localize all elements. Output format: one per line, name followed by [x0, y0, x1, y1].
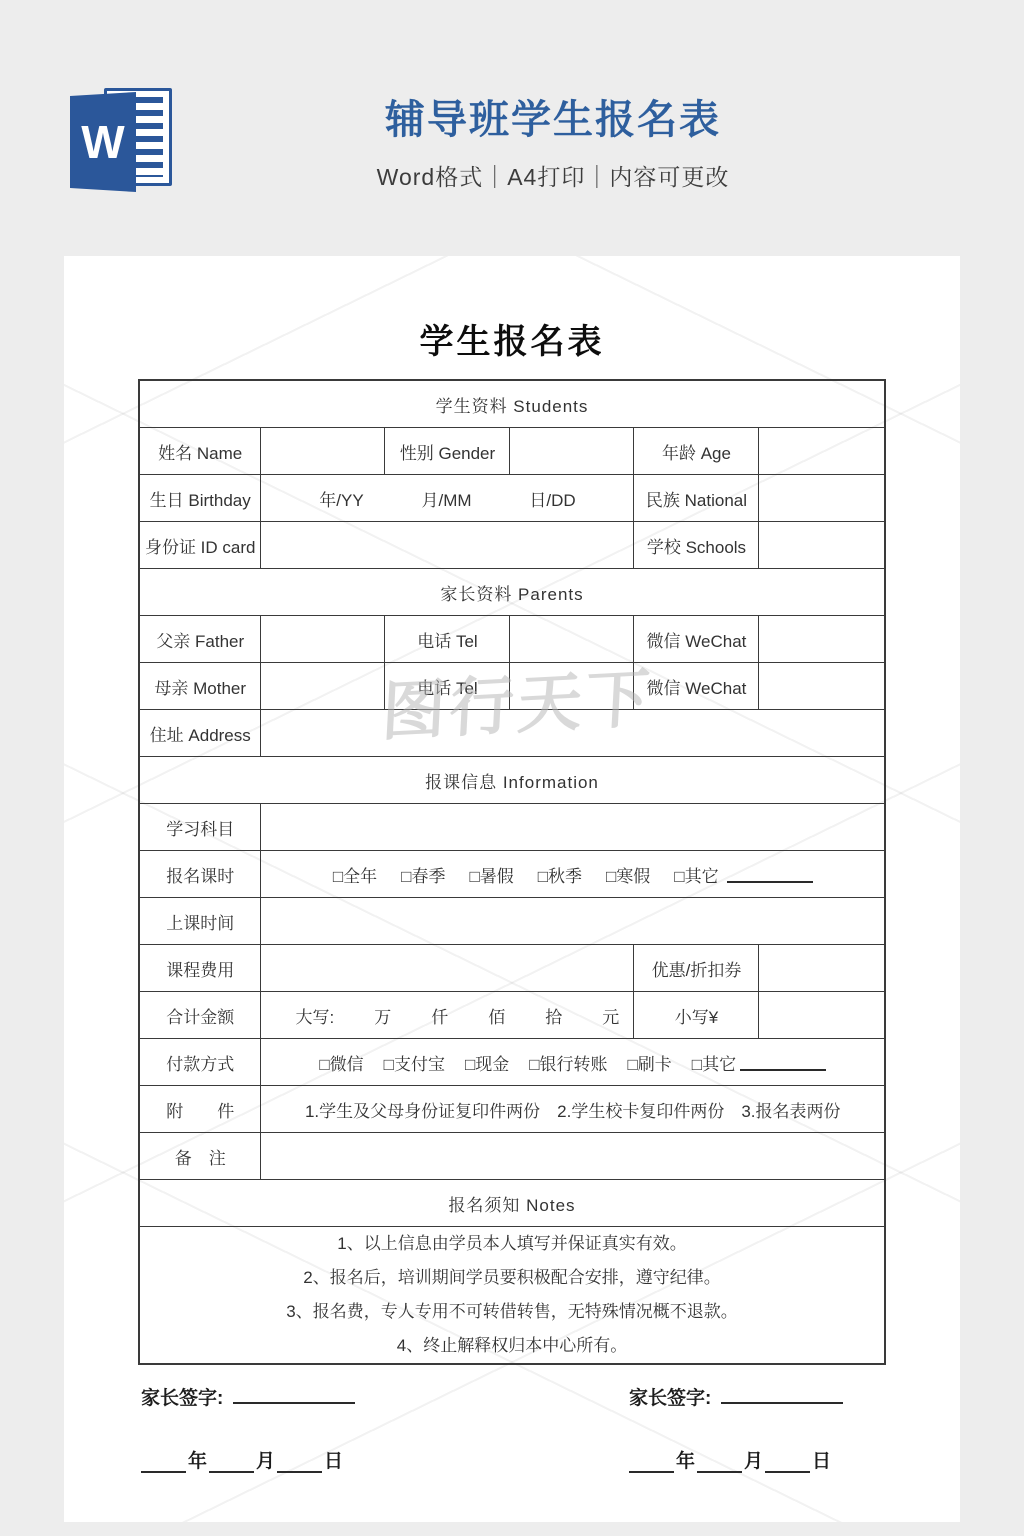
students-section-header: 学生资料 Students — [139, 380, 885, 428]
day-label-right: 日 — [812, 1446, 831, 1473]
father-label: 父亲 Father — [139, 616, 261, 663]
gender-label: 性别 Gender — [385, 428, 510, 475]
father-input-cell[interactable] — [261, 616, 385, 663]
payment-checkbox-bank[interactable]: □银行转账 — [529, 1050, 607, 1075]
date-line-right: 年月日 — [629, 1446, 843, 1473]
section-row-students: 学生资料 Students — [139, 380, 885, 428]
address-label: 住址 Address — [139, 710, 261, 757]
payment-label: 付款方式 — [139, 1039, 261, 1086]
age-input-cell[interactable] — [759, 428, 885, 475]
amount-unit-shi: 拾 — [545, 1003, 562, 1028]
subjects-input-cell[interactable] — [261, 804, 885, 851]
month-label-left: 月 — [256, 1446, 275, 1473]
year-blank-right[interactable] — [629, 1456, 674, 1473]
row-total-amount: 合计金额 大写: 万 仟 佰 拾 元 小写¥ — [139, 992, 885, 1039]
parents-section-header: 家长资料 Parents — [139, 569, 885, 616]
month-label-right: 月 — [744, 1446, 763, 1473]
payment-checkbox-alipay[interactable]: □支付宝 — [384, 1050, 445, 1075]
amount-unit-yuan: 元 — [602, 1003, 619, 1028]
national-label: 民族 National — [634, 475, 759, 522]
payment-checkbox-wechat[interactable]: □微信 — [319, 1050, 363, 1075]
father-wechat-input-cell[interactable] — [759, 616, 885, 663]
month-blank-left[interactable] — [209, 1456, 254, 1473]
signature-block-left: 家长签字: 年月日 — [141, 1383, 355, 1473]
info-section-header: 报课信息 Information — [139, 757, 885, 804]
signature-label-right: 家长签字: — [629, 1388, 711, 1409]
amount-prefix-label: 大写: — [295, 1003, 334, 1028]
row-name-gender-age: 姓名 Name 性别 Gender 年龄 Age — [139, 428, 885, 475]
birth-month-label: 月/MM — [422, 486, 472, 511]
name-label: 姓名 Name — [139, 428, 261, 475]
notes-body: 1、以上信息由学员本人填写并保证真实有效。 2、报名后，培训期间学员要积极配合安… — [139, 1227, 885, 1365]
month-blank-right[interactable] — [697, 1456, 742, 1473]
period-other-blank-line[interactable] — [727, 866, 813, 883]
row-birthday-national: 生日 Birthday 年/YY 月/MM 日/DD 民族 National — [139, 475, 885, 522]
word-logo-letter: W — [70, 92, 136, 192]
note-item-1: 1、以上信息由学员本人填写并保证真实有效。 — [140, 1227, 884, 1261]
amount-unit-qian: 仟 — [431, 1003, 448, 1028]
total-label: 合计金额 — [139, 992, 261, 1039]
class-time-label: 上课时间 — [139, 898, 261, 945]
date-line-left: 年月日 — [141, 1446, 355, 1473]
banner-text: 辅导班学生报名表 Word格式｜A4打印｜内容可更改 — [186, 86, 960, 192]
section-row-info: 报课信息 Information — [139, 757, 885, 804]
period-options: □全年 □春季 □暑假 □秋季 □寒假 □其它 — [261, 862, 884, 887]
row-idcard-school: 身份证 ID card 学校 Schools — [139, 522, 885, 569]
amount-small-input-cell[interactable] — [759, 992, 885, 1039]
payment-checkbox-other[interactable]: □其它 — [692, 1050, 736, 1075]
discount-input-cell[interactable] — [759, 945, 885, 992]
signature-label-left: 家长签字: — [141, 1388, 223, 1409]
birthday-label: 生日 Birthday — [139, 475, 261, 522]
school-input-cell[interactable] — [759, 522, 885, 569]
period-checkbox-fullyear[interactable]: □全年 — [333, 862, 377, 887]
idcard-label: 身份证 ID card — [139, 522, 261, 569]
father-tel-label: 电话 Tel — [385, 616, 510, 663]
row-class-time: 上课时间 — [139, 898, 885, 945]
payment-options-cell: □微信 □支付宝 □现金 □银行转账 □刷卡 □其它 — [261, 1039, 885, 1086]
row-fee: 课程费用 优惠/折扣券 — [139, 945, 885, 992]
mother-wechat-input-cell[interactable] — [759, 663, 885, 710]
note-item-2: 2、报名后，培训期间学员要积极配合安排，遵守纪律。 — [140, 1261, 884, 1295]
mother-tel-input-cell[interactable] — [510, 663, 634, 710]
period-checkbox-other[interactable]: □其它 — [674, 862, 718, 887]
banner-subtitle: Word格式｜A4打印｜内容可更改 — [186, 159, 920, 192]
period-checkbox-winter[interactable]: □寒假 — [606, 862, 650, 887]
mother-tel-label: 电话 Tel — [385, 663, 510, 710]
national-input-cell[interactable] — [759, 475, 885, 522]
page-background: { "header": { "logo": { "letter": "W" },… — [0, 0, 1024, 1536]
remark-input-cell[interactable] — [261, 1133, 885, 1180]
school-label: 学校 Schools — [634, 522, 759, 569]
payment-other-blank-line[interactable] — [740, 1054, 826, 1071]
day-label-left: 日 — [324, 1446, 343, 1473]
registration-form-table: 学生资料 Students 姓名 Name 性别 Gender 年龄 Age 生… — [138, 379, 886, 1365]
birthday-input-cell[interactable]: 年/YY 月/MM 日/DD — [261, 475, 634, 522]
section-row-parents: 家长资料 Parents — [139, 569, 885, 616]
row-mother: 母亲 Mother 电话 Tel 微信 WeChat — [139, 663, 885, 710]
row-attachment: 附 件 1.学生及父母身份证复印件两份 2.学生校卡复印件两份 3.报名表两份 — [139, 1086, 885, 1133]
birth-day-label: 日/DD — [529, 486, 575, 511]
birth-year-label: 年/YY — [319, 486, 363, 511]
father-tel-input-cell[interactable] — [510, 616, 634, 663]
banner-title: 辅导班学生报名表 — [186, 88, 920, 145]
attachment-label: 附 件 — [139, 1086, 261, 1133]
signature-block-right: 家长签字: 年月日 — [629, 1383, 843, 1473]
gender-input-cell[interactable] — [510, 428, 634, 475]
age-label: 年龄 Age — [634, 428, 759, 475]
signature-line-right: 家长签字: — [629, 1383, 843, 1410]
signature-area: 家长签字: 年月日 家长签字: 年月日 — [139, 1383, 885, 1503]
amount-unit-bai: 佰 — [488, 1003, 505, 1028]
signature-blank-line-right[interactable] — [721, 1387, 843, 1404]
fee-input-cell[interactable] — [261, 945, 634, 992]
row-notes-body: 1、以上信息由学员本人填写并保证真实有效。 2、报名后，培训期间学员要积极配合安… — [139, 1227, 885, 1365]
amount-words-cell[interactable]: 大写: 万 仟 佰 拾 元 — [261, 992, 634, 1039]
signature-blank-line-left[interactable] — [233, 1387, 355, 1404]
year-blank-left[interactable] — [141, 1456, 186, 1473]
discount-label: 优惠/折扣券 — [634, 945, 759, 992]
day-blank-left[interactable] — [277, 1456, 322, 1473]
remark-label: 备 注 — [139, 1133, 261, 1180]
mother-wechat-label: 微信 WeChat — [634, 663, 759, 710]
banner: W 辅导班学生报名表 Word格式｜A4打印｜内容可更改 — [64, 86, 960, 202]
father-wechat-label: 微信 WeChat — [634, 616, 759, 663]
year-label-left: 年 — [188, 1446, 207, 1473]
form-title: 学生报名表 — [64, 314, 960, 363]
period-checkbox-autumn[interactable]: □秋季 — [538, 862, 582, 887]
period-checkbox-spring[interactable]: □春季 — [401, 862, 445, 887]
period-label: 报名课时 — [139, 851, 261, 898]
class-time-input-cell[interactable] — [261, 898, 885, 945]
notes-section-header: 报名须知 Notes — [139, 1180, 885, 1227]
row-payment: 付款方式 □微信 □支付宝 □现金 □银行转账 □刷卡 □其它 — [139, 1039, 885, 1086]
note-item-4: 4、终止解释权归本中心所有。 — [140, 1329, 884, 1363]
row-remark: 备 注 — [139, 1133, 885, 1180]
payment-checkbox-cash[interactable]: □现金 — [465, 1050, 509, 1075]
section-row-notes: 报名须知 Notes — [139, 1180, 885, 1227]
fee-label: 课程费用 — [139, 945, 261, 992]
row-father: 父亲 Father 电话 Tel 微信 WeChat — [139, 616, 885, 663]
mother-label: 母亲 Mother — [139, 663, 261, 710]
period-options-cell: □全年 □春季 □暑假 □秋季 □寒假 □其它 — [261, 851, 885, 898]
subjects-label: 学习科目 — [139, 804, 261, 851]
note-item-3: 3、报名费，专人专用不可转借转售，无特殊情况概不退款。 — [140, 1295, 884, 1329]
amount-unit-wan: 万 — [374, 1003, 391, 1028]
word-logo-icon: W — [64, 86, 186, 194]
attachment-text: 1.学生及父母身份证复印件两份 2.学生校卡复印件两份 3.报名表两份 — [261, 1086, 885, 1133]
payment-options: □微信 □支付宝 □现金 □银行转账 □刷卡 □其它 — [261, 1050, 884, 1075]
address-input-cell[interactable] — [261, 710, 885, 757]
period-checkbox-summer[interactable]: □暑假 — [469, 862, 513, 887]
signature-line-left: 家长签字: — [141, 1383, 355, 1410]
idcard-input-cell[interactable] — [261, 522, 634, 569]
document-page: 图行天下 学生报名表 学生资料 Students 姓名 Name 性别 Gend… — [64, 256, 960, 1522]
row-subjects: 学习科目 — [139, 804, 885, 851]
day-blank-right[interactable] — [765, 1456, 810, 1473]
row-course-period: 报名课时 □全年 □春季 □暑假 □秋季 □寒假 □其它 — [139, 851, 885, 898]
mother-input-cell[interactable] — [261, 663, 385, 710]
name-input-cell[interactable] — [261, 428, 385, 475]
year-label-right: 年 — [676, 1446, 695, 1473]
row-address: 住址 Address — [139, 710, 885, 757]
payment-checkbox-card[interactable]: □刷卡 — [628, 1050, 672, 1075]
amount-small-label: 小写¥ — [634, 992, 759, 1039]
